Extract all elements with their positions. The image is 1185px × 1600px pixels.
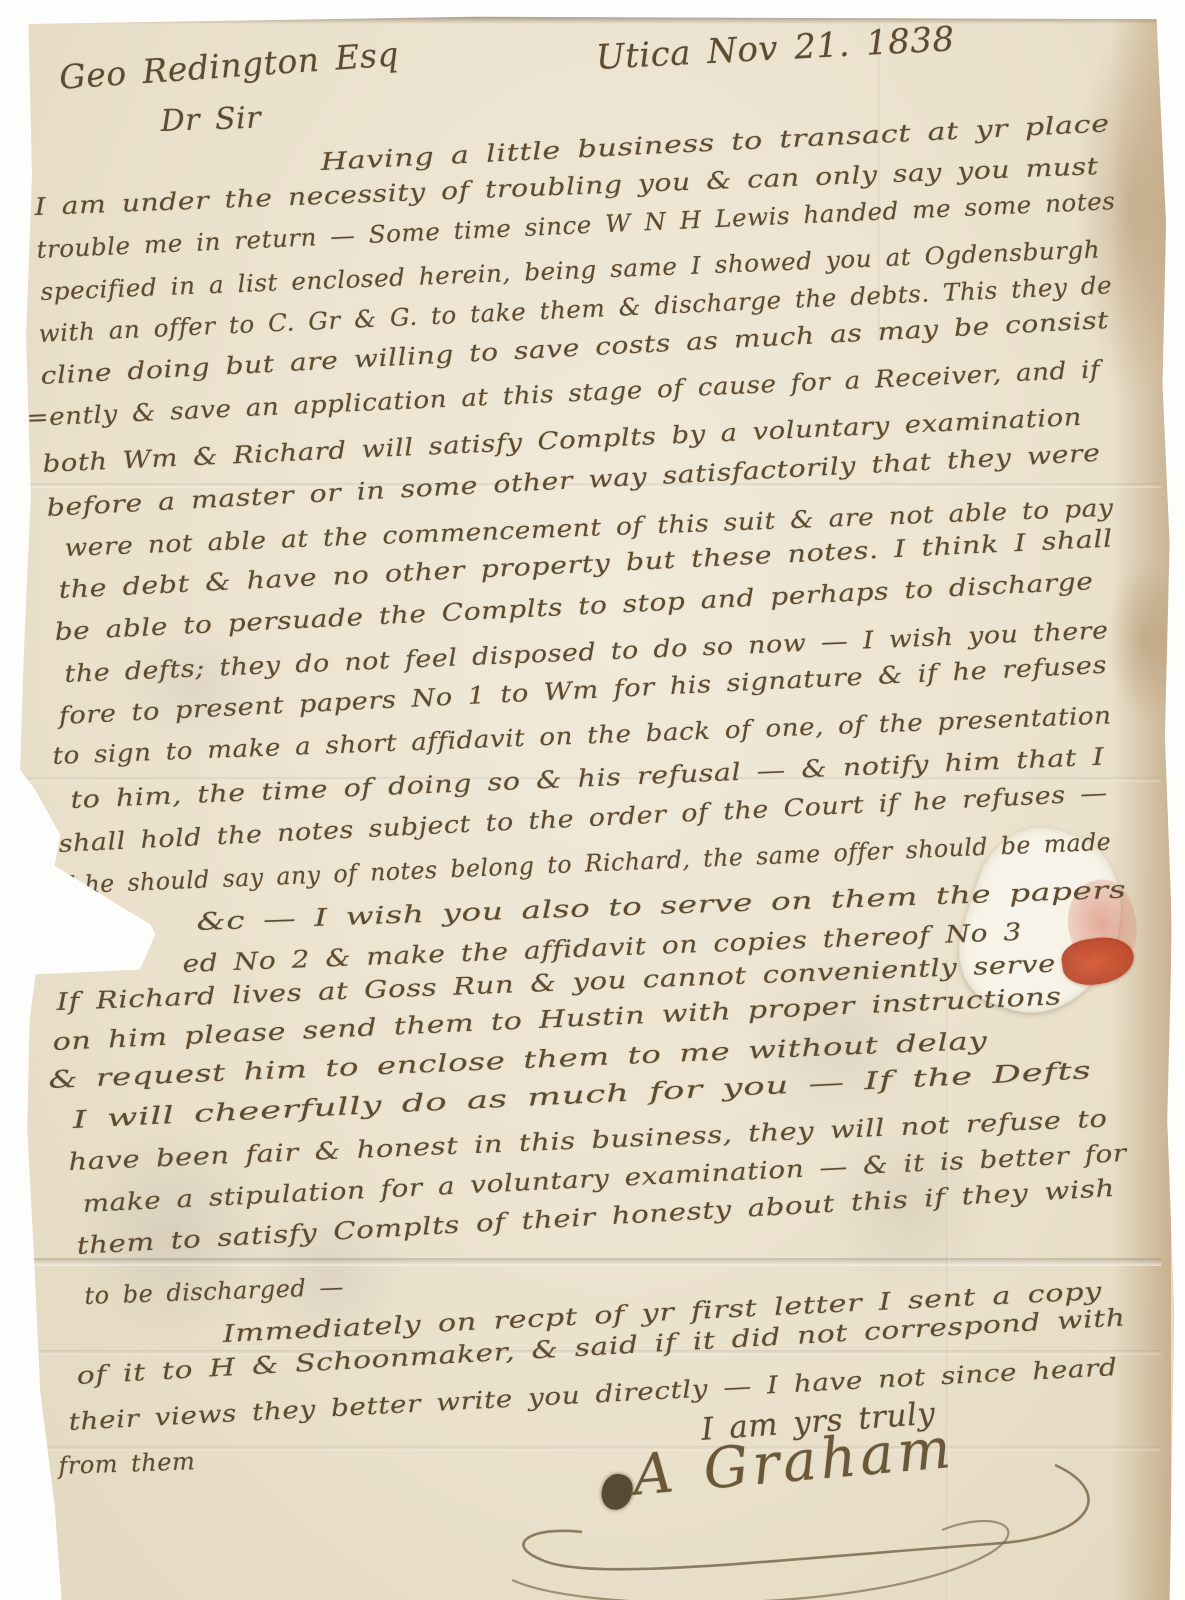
fold-crease [24,1258,1162,1266]
salutation: Dr Sir [160,100,262,138]
right-edge-stain [1111,18,1171,1600]
paper-top-edge-shadow [24,16,1162,24]
dateline: Utica Nov 21. 1838 [595,19,956,78]
letter-line: to be discharged — [84,1273,344,1310]
letter-paper: Utica Nov 21. 1838 Geo Redington Esq Dr … [0,0,1185,1600]
letter-scan: Utica Nov 21. 1838 Geo Redington Esq Dr … [0,0,1185,1600]
recipient-name: Geo Redington Esq [58,34,400,97]
letter-line: from them [58,1447,196,1480]
right-mid-stain [1105,560,1185,720]
